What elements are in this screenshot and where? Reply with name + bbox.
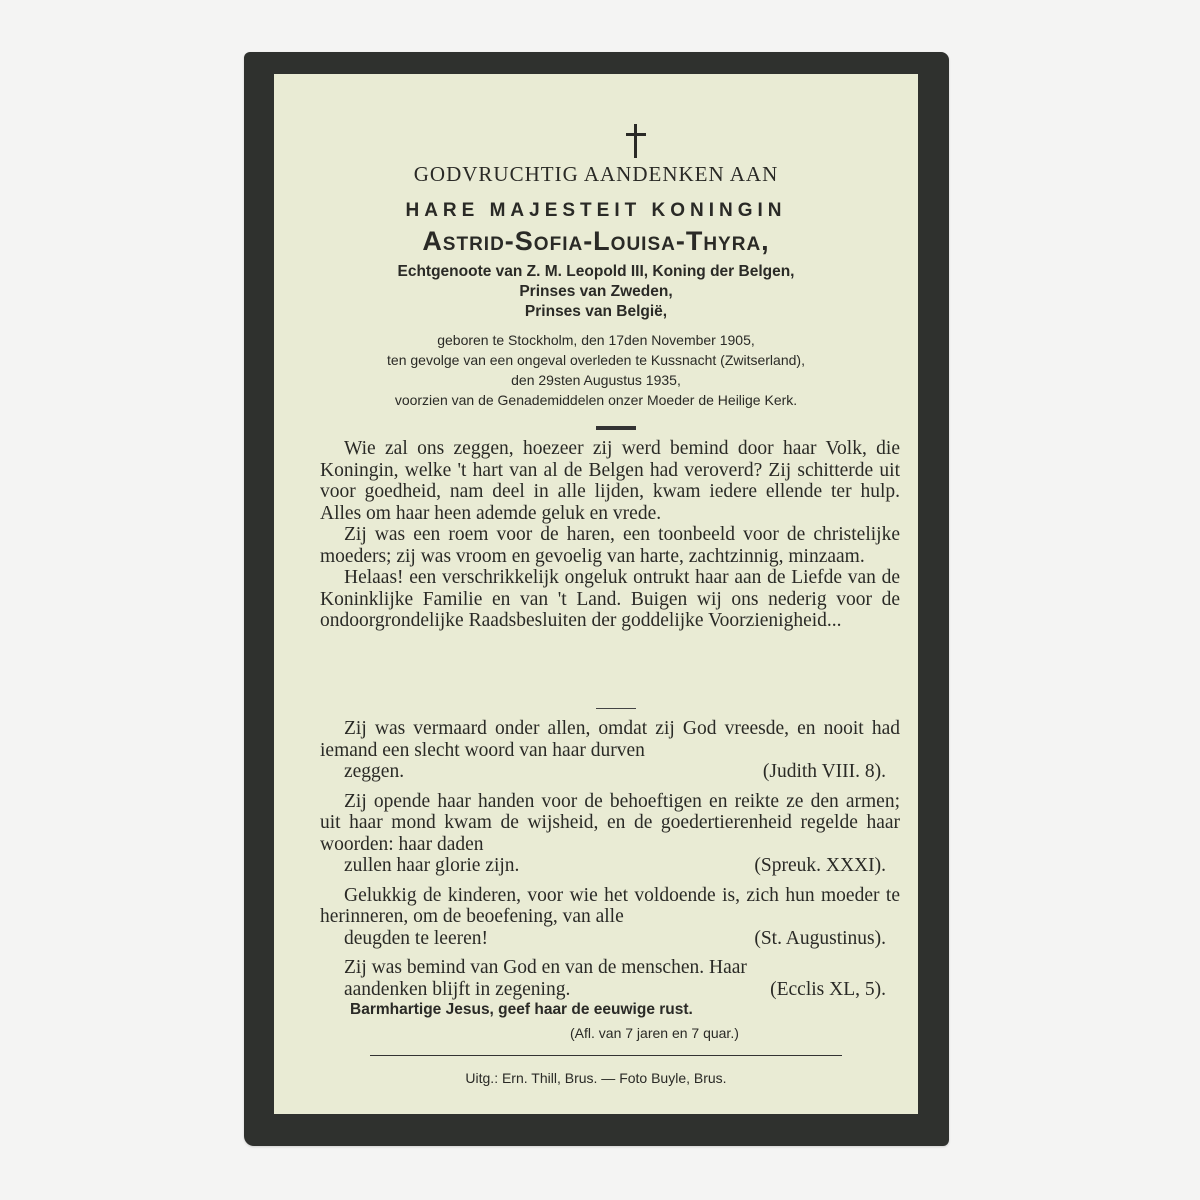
title-line-belgium: Prinses van België,	[274, 303, 918, 321]
birth-line: geboren te Stockholm, den 17den November…	[274, 332, 918, 348]
quote-reference: (St. Augustinus).	[730, 928, 900, 950]
memorial-card: GODVRUCHTIG AANDENKEN AAN HARE MAJESTEIT…	[244, 52, 949, 1146]
intro-heading: GODVRUCHTIG AANDENKEN AAN	[274, 162, 918, 187]
death-line: ten gevolge van een ongeval overleden te…	[274, 352, 918, 368]
quote-reference: (Spreuk. XXXI).	[730, 855, 900, 877]
card-paper: GODVRUCHTIG AANDENKEN AAN HARE MAJESTEIT…	[274, 74, 918, 1114]
quote: Zij opende haar handen voor de behoeftig…	[320, 791, 900, 877]
scripture-quotes: Zij was vermaard onder allen, omdat zij …	[320, 718, 900, 1008]
closing-prayer: Barmhartige Jesus, geef haar de eeuwige …	[350, 1001, 693, 1019]
deceased-name: Astrid-Sofia-Louisa-Thyra,	[274, 226, 918, 257]
quote: Zij was vermaard onder allen, omdat zij …	[320, 718, 900, 783]
death-date-line: den 29sten Augustus 1935,	[274, 372, 918, 388]
quote: Zij was bemind van God en van de mensche…	[320, 957, 900, 1000]
indulgence-note: (Afl. van 7 jaren en 7 quar.)	[570, 1025, 739, 1041]
divider-thick	[596, 426, 636, 430]
spouse-line: Echtgenoote van Z. M. Leopold III, Konin…	[274, 263, 918, 281]
eulogy-paragraph: Zij was een roem voor de haren, een toon…	[320, 524, 900, 567]
divider-thin	[596, 708, 636, 709]
title-line-sweden: Prinses van Zweden,	[274, 283, 918, 301]
publisher-credit: Uitg.: Ern. Thill, Brus. — Foto Buyle, B…	[274, 1070, 918, 1086]
quote-reference: (Judith VIII. 8).	[739, 761, 900, 783]
footer-divider	[370, 1055, 842, 1056]
sacraments-line: voorzien van de Genademiddelen onzer Moe…	[274, 392, 918, 408]
quote: Gelukkig de kinderen, voor wie het voldo…	[320, 885, 900, 950]
latin-cross-icon	[626, 124, 646, 158]
eulogy-text: Wie zal ons zeggen, hoezeer zij werd bem…	[320, 438, 900, 632]
eulogy-paragraph: Wie zal ons zeggen, hoezeer zij werd bem…	[320, 438, 900, 524]
title-heading: HARE MAJESTEIT KONINGIN	[274, 200, 918, 222]
eulogy-paragraph: Helaas! een verschrikkelijk ongeluk ontr…	[320, 567, 900, 632]
quote-reference: (Ecclis XL, 5).	[746, 979, 900, 1001]
